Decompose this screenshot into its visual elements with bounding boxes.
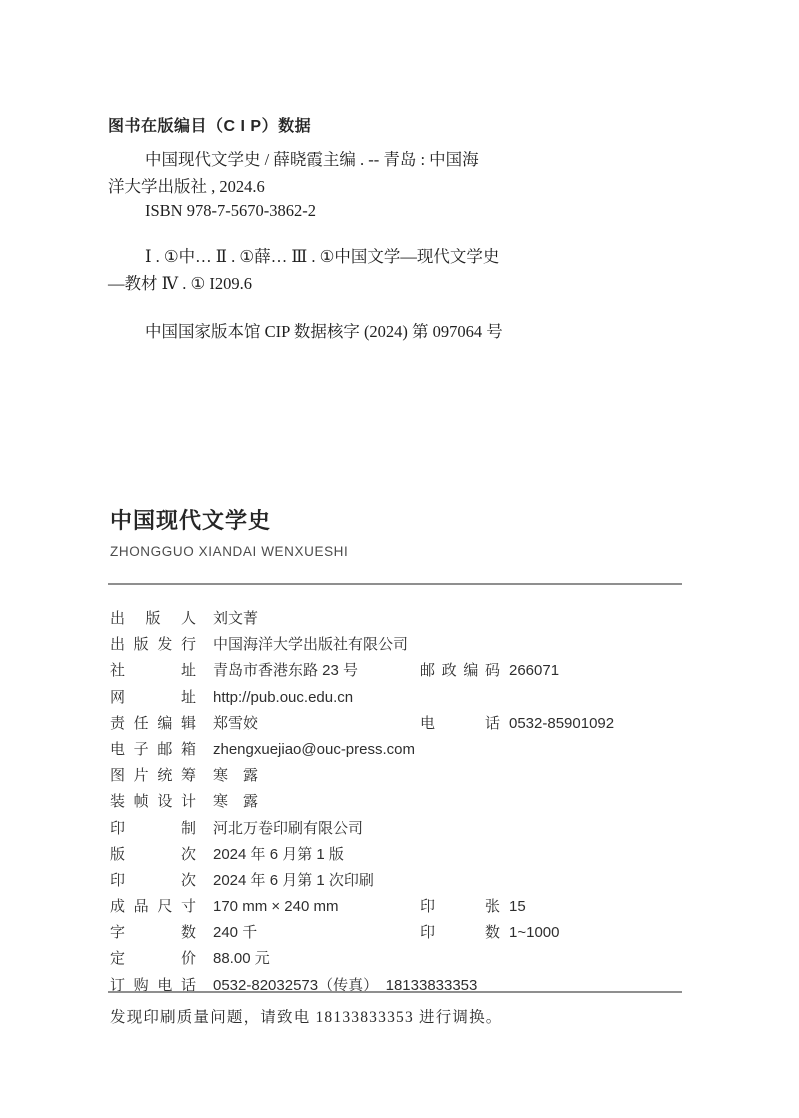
colophon-row: 定价88.00 元 xyxy=(110,946,684,972)
colophon-row: 电子邮箱zhengxuejiao@ouc-press.com xyxy=(110,737,684,763)
field-value: 河北万卷印刷有限公司 xyxy=(213,820,363,837)
book-pinyin: ZHONGGUO XIANDAI WENXUESHI xyxy=(110,544,348,559)
field-label: 出版人 xyxy=(110,606,196,632)
field-label: 出版发行 xyxy=(110,632,196,658)
colophon-row: 字数240 千 印数1~1000 xyxy=(110,920,684,946)
cip-classification-line2: —教材 Ⅳ . ① I209.6 xyxy=(108,270,252,294)
colophon-row: 印制河北万卷印刷有限公司 xyxy=(110,816,684,842)
field-value: 266071 xyxy=(509,662,559,679)
colophon-table: 出版人刘文菁 出版发行中国海洋大学出版社有限公司 社址青岛市香港东路 23 号 … xyxy=(110,606,684,999)
field-value: 中国海洋大学出版社有限公司 xyxy=(213,636,408,653)
field-label: 定价 xyxy=(110,946,196,972)
colophon-row: 社址青岛市香港东路 23 号 邮政编码266071 xyxy=(110,658,684,684)
field-label: 印数 xyxy=(420,920,500,946)
colophon-row: 成品尺寸170 mm × 240 mm 印张15 xyxy=(110,894,684,920)
field-value: 寒 露 xyxy=(213,793,258,810)
book-title: 中国现代文学史 xyxy=(110,504,271,535)
cip-classification-line1: Ⅰ . ①中… Ⅱ . ①薛… Ⅲ . ①中国文学—现代文学史 xyxy=(145,243,499,267)
field-label: 网址 xyxy=(110,685,196,711)
field-value: http://pub.ouc.edu.cn xyxy=(213,689,353,706)
cip-description-line1: 中国现代文学史 / 薛晓霞主编 . -- 青岛 : 中国海 xyxy=(145,146,479,170)
cip-description-line2: 洋大学出版社 , 2024.6 xyxy=(108,173,265,197)
colophon-row-col2: 印张15 xyxy=(420,894,526,920)
field-value: 1~1000 xyxy=(509,924,559,941)
field-value: 郑雪姣 xyxy=(213,715,258,732)
field-value: 2024 年 6 月第 1 版 xyxy=(213,846,344,863)
colophon-row: 印次2024 年 6 月第 1 次印刷 xyxy=(110,868,684,894)
cip-isbn: ISBN 978-7-5670-3862-2 xyxy=(145,201,316,221)
field-label: 图片统筹 xyxy=(110,763,196,789)
field-label: 订购电话 xyxy=(110,973,196,999)
cip-heading: 图书在版编目（C I P）数据 xyxy=(108,113,311,136)
colophon-row: 装帧设计寒 露 xyxy=(110,789,684,815)
field-label: 装帧设计 xyxy=(110,789,196,815)
colophon-row: 出版人刘文菁 xyxy=(110,606,684,632)
quality-note: 发现印刷质量问题，请致电 18133833353 进行调换。 xyxy=(110,1005,503,1027)
field-label: 印次 xyxy=(110,868,196,894)
field-value: 刘文菁 xyxy=(213,610,258,627)
colophon-row-col2: 电话0532-85901092 xyxy=(420,711,614,737)
colophon-row: 网址http://pub.ouc.edu.cn xyxy=(110,685,684,711)
field-label: 字数 xyxy=(110,920,196,946)
divider-top xyxy=(108,583,682,585)
divider-bottom xyxy=(108,991,682,993)
field-label: 成品尺寸 xyxy=(110,894,196,920)
cip-record-number: 中国国家版本馆 CIP 数据核字 (2024) 第 097064 号 xyxy=(145,318,503,342)
colophon-row-col2: 邮政编码266071 xyxy=(420,658,559,684)
copyright-page: 图书在版编目（C I P）数据 中国现代文学史 / 薛晓霞主编 . -- 青岛 … xyxy=(0,0,799,1118)
field-label: 电子邮箱 xyxy=(110,737,196,763)
field-label: 版次 xyxy=(110,842,196,868)
field-label: 责任编辑 xyxy=(110,711,196,737)
field-value: 2024 年 6 月第 1 次印刷 xyxy=(213,872,374,889)
field-value: 240 千 xyxy=(213,924,257,941)
field-value: 0532-85901092 xyxy=(509,715,614,732)
field-value: 88.00 元 xyxy=(213,950,270,967)
colophon-row: 出版发行中国海洋大学出版社有限公司 xyxy=(110,632,684,658)
field-label: 印制 xyxy=(110,816,196,842)
field-label: 印张 xyxy=(420,894,500,920)
colophon-row: 版次2024 年 6 月第 1 版 xyxy=(110,842,684,868)
field-value: 青岛市香港东路 23 号 xyxy=(213,662,358,679)
field-value: 15 xyxy=(509,898,526,915)
colophon-row: 图片统筹寒 露 xyxy=(110,763,684,789)
field-label: 电话 xyxy=(420,711,500,737)
colophon-row: 责任编辑郑雪姣 电话0532-85901092 xyxy=(110,711,684,737)
field-value: 寒 露 xyxy=(213,767,258,784)
colophon-row: 订购电话0532-82032573（传真） 18133833353 xyxy=(110,973,684,999)
field-value: 170 mm × 240 mm xyxy=(213,898,338,915)
colophon-row-col2: 印数1~1000 xyxy=(420,920,559,946)
field-label: 社址 xyxy=(110,658,196,684)
field-value: zhengxuejiao@ouc-press.com xyxy=(213,741,415,758)
field-label: 邮政编码 xyxy=(420,658,500,684)
